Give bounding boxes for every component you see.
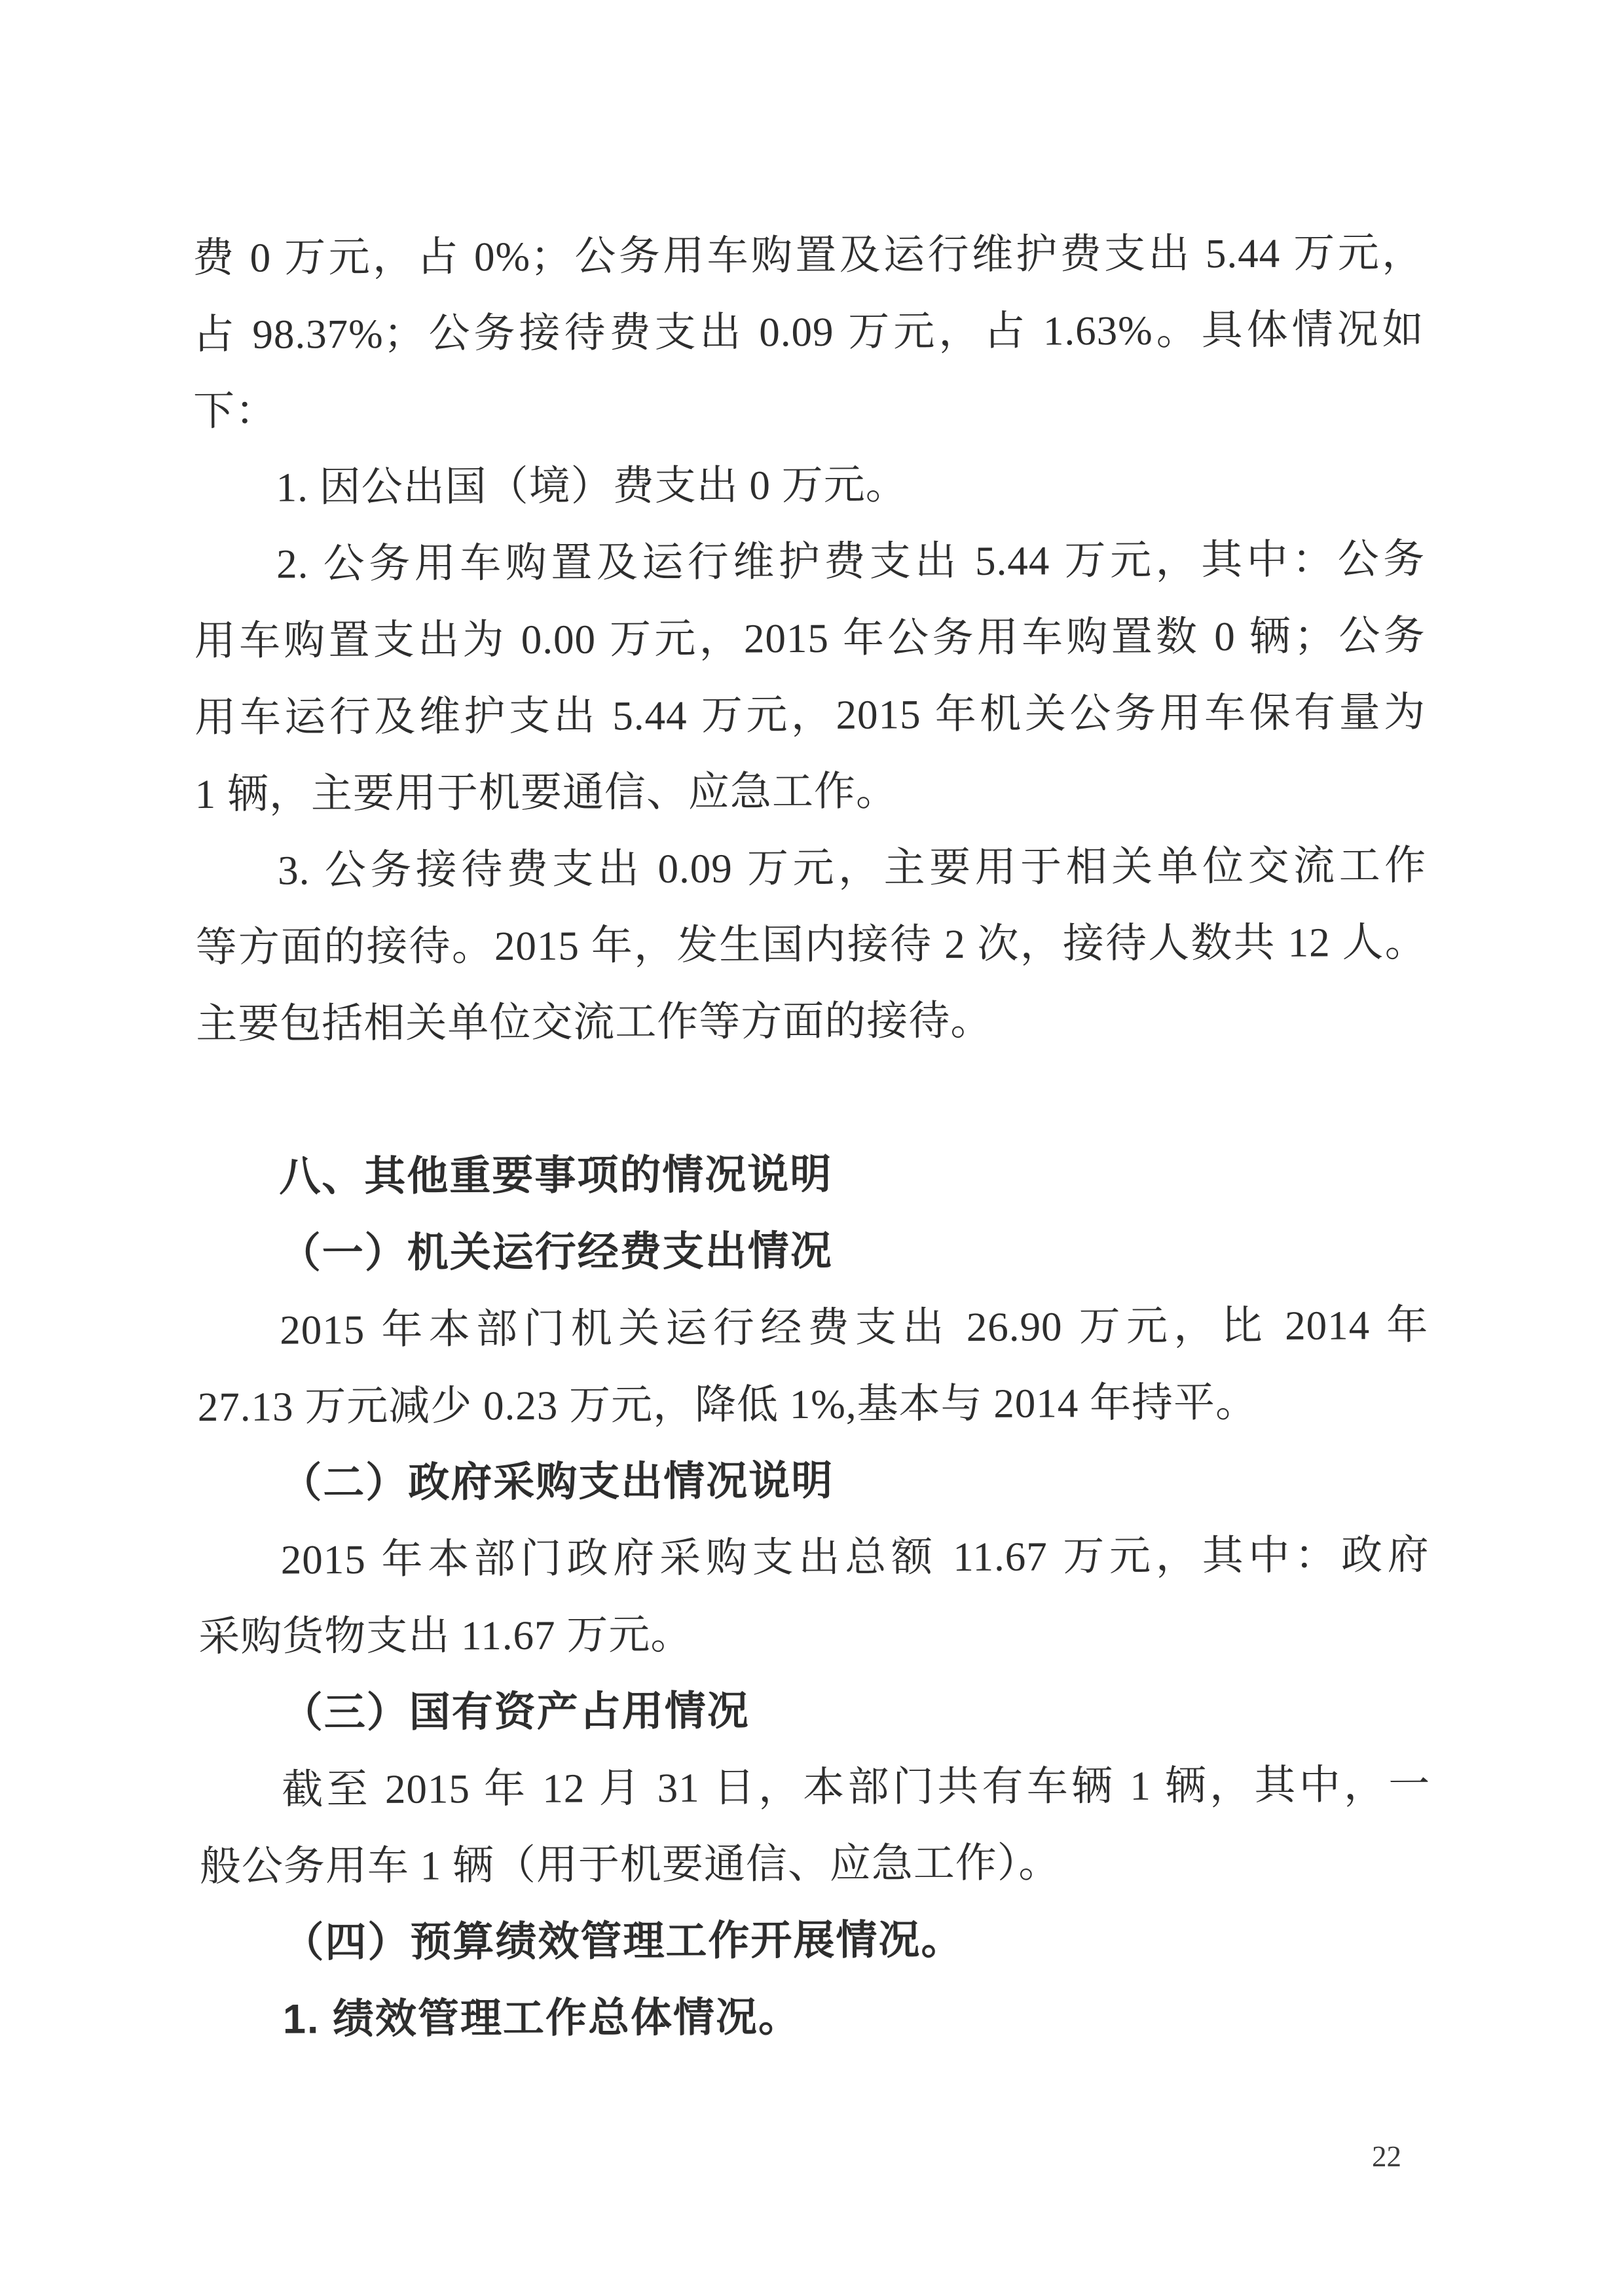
text-line: （四）预算绩效管理工作开展情况。	[200, 1900, 1431, 1982]
text-line: 1 辆，主要用于机要通信、应急工作。	[194, 751, 1426, 833]
text-line: 费 0 万元，占 0%；公务用车购置及运行维护费支出 5.44 万元，	[193, 215, 1424, 297]
text-line: （二）政府采购支出情况说明	[198, 1440, 1429, 1522]
text-line: （三）国有资产占用情况	[199, 1670, 1430, 1752]
text-line: 1. 因公出国（境）费支出 0 万元。	[193, 445, 1424, 526]
text-line: 3. 公务接待费支出 0.09 万元，主要用于相关单位交流工作	[195, 828, 1426, 909]
text-line: 般公务用车 1 辆（用于机要通信、应急工作）。	[200, 1823, 1431, 1905]
text-line: 2015 年本部门政府采购支出总额 11.67 万元，其中：政府	[198, 1517, 1430, 1599]
text-line: 主要包括相关单位交流工作等方面的接待。	[196, 981, 1427, 1063]
text-line: （一）机关运行经费支出情况	[197, 1211, 1428, 1292]
text-line: 等方面的接待。2015 年，发生国内接待 2 次，接待人数共 12 人。	[195, 904, 1426, 986]
text-line: 采购货物支出 11.67 万元。	[198, 1594, 1430, 1675]
document-body: 费 0 万元，占 0%；公务用车购置及运行维护费支出 5.44 万元，占 98.…	[193, 215, 1431, 2058]
text-line: 27.13 万元减少 0.23 万元，降低 1%,基本与 2014 年持平。	[198, 1364, 1429, 1446]
blank-line	[196, 1057, 1427, 1139]
text-line: 用车运行及维护支出 5.44 万元，2015 年机关公务用车保有量为	[194, 674, 1426, 756]
text-line: 1. 绩效管理工作总体情况。	[200, 1977, 1431, 2058]
page-number: 22	[1372, 2140, 1401, 2174]
text-line: 2. 公务用车购置及运行维护费支出 5.44 万元，其中：公务	[194, 521, 1425, 603]
text-line: 截至 2015 年 12 月 31 日，本部门共有车辆 1 辆，其中，一	[199, 1747, 1430, 1829]
text-line: 用车购置支出为 0.00 万元，2015 年公务用车购置数 0 辆；公务	[194, 598, 1425, 680]
text-line: 占 98.37%；公务接待费支出 0.09 万元，占 1.63%。具体情况如	[193, 291, 1424, 373]
text-line: 2015 年本部门机关运行经费支出 26.90 万元，比 2014 年	[197, 1287, 1428, 1369]
text-line: 下：	[193, 368, 1424, 450]
document-page: 费 0 万元，占 0%；公务用车购置及运行维护费支出 5.44 万元，占 98.…	[0, 0, 1624, 2296]
text-line: 八、其他重要事项的情况说明	[196, 1134, 1428, 1216]
